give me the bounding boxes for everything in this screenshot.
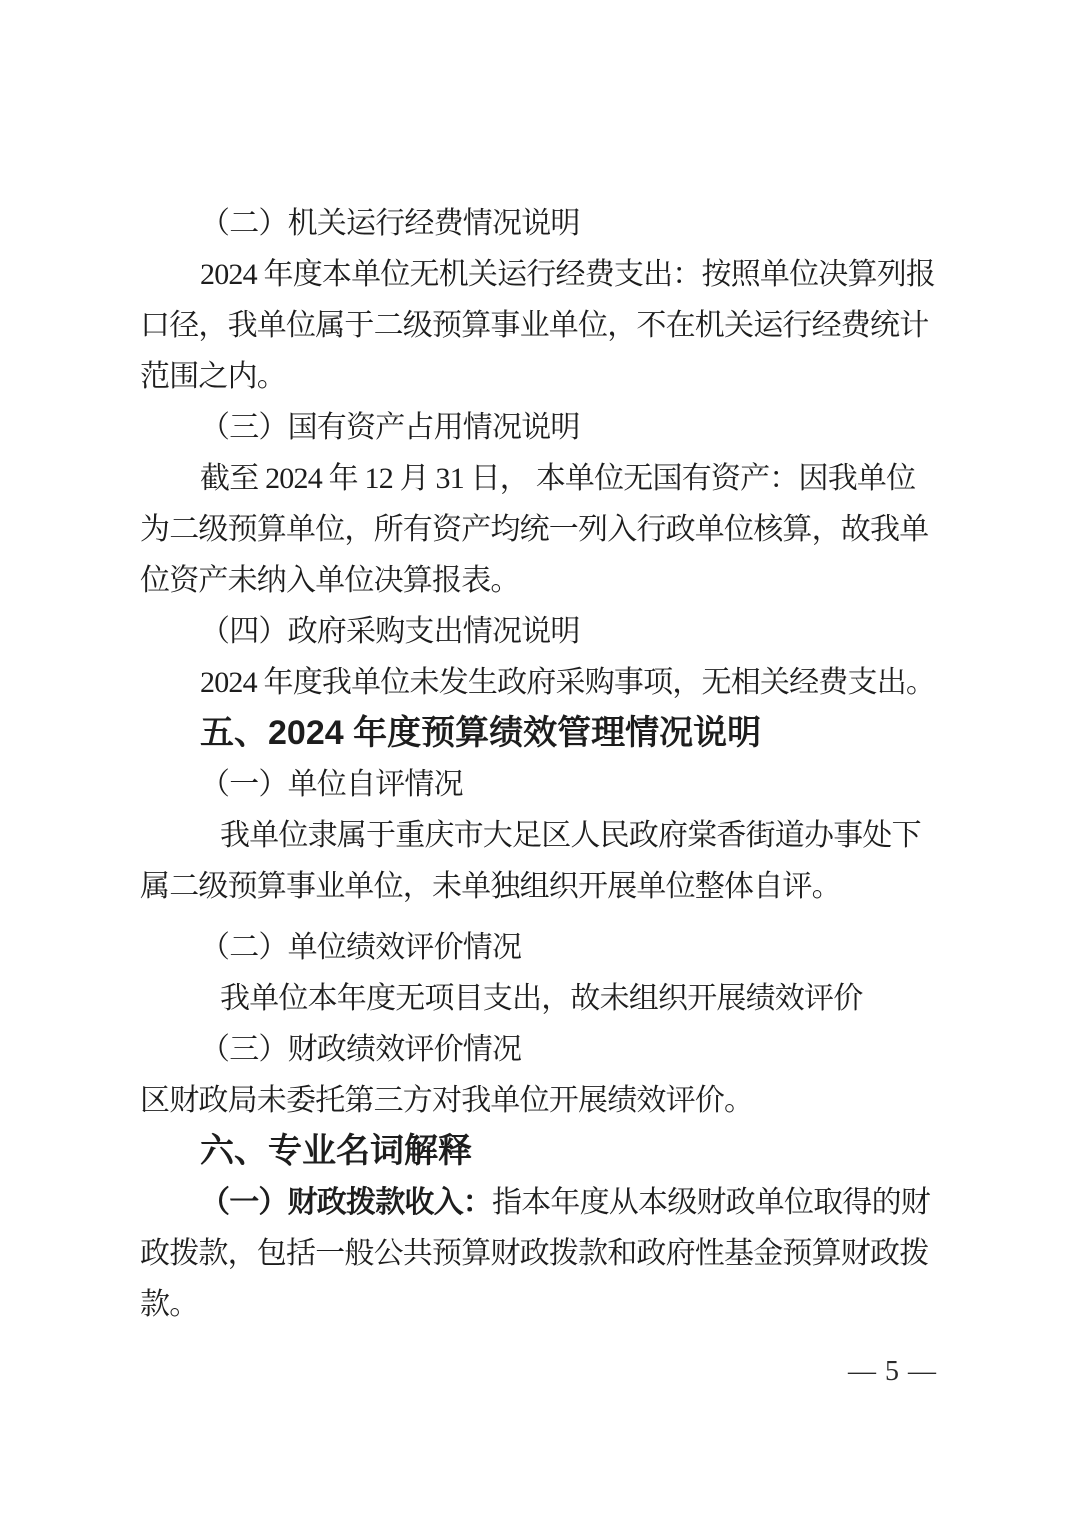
section-heading: 五、2024 年度预算绩效管理情况说明 bbox=[140, 708, 937, 759]
body-line: 截至 2024 年 12 月 31 日， 本单位无国有资产：因我单位 bbox=[140, 453, 937, 504]
body-line: 区财政局未委托第三方对我单位开展绩效评价。 bbox=[140, 1075, 937, 1126]
body-line: 2024 年度我单位未发生政府采购事项，无相关经费支出。 bbox=[140, 657, 937, 708]
page-number: — 5 — bbox=[848, 1356, 937, 1388]
body-line: 政拨款，包括一般公共预算财政拨款和政府性基金预算财政拨 bbox=[140, 1228, 937, 1279]
term-definition-line: （一）财政拨款收入：指本年度从本级财政单位取得的财 bbox=[140, 1177, 937, 1228]
subsection-heading: （四）政府采购支出情况说明 bbox=[140, 606, 937, 657]
body-line: 款。 bbox=[140, 1279, 937, 1330]
document-text-block: （二）机关运行经费情况说明2024 年度本单位无机关运行经费支出：按照单位决算列… bbox=[140, 198, 937, 1330]
subsection-heading: （三）财政绩效评价情况 bbox=[140, 1024, 937, 1075]
body-line: 2024 年度本单位无机关运行经费支出：按照单位决算列报 bbox=[140, 249, 937, 300]
body-line: 范围之内。 bbox=[140, 351, 937, 402]
term-definition: 指本年度从本级财政单位取得的财 bbox=[492, 1186, 930, 1219]
section-heading: 六、专业名词解释 bbox=[140, 1126, 937, 1177]
term-label: （一）财政拨款收入： bbox=[200, 1186, 492, 1219]
subsection-heading: （二）机关运行经费情况说明 bbox=[140, 198, 937, 249]
subsection-heading: （二）单位绩效评价情况 bbox=[140, 922, 937, 973]
subsection-heading: （一）单位自评情况 bbox=[140, 759, 937, 810]
document-page: （二）机关运行经费情况说明2024 年度本单位无机关运行经费支出：按照单位决算列… bbox=[0, 0, 1069, 1515]
body-line: 我单位本年度无项目支出，故未组织开展绩效评价 bbox=[140, 973, 937, 1024]
body-line: 口径，我单位属于二级预算事业单位，不在机关运行经费统计 bbox=[140, 300, 937, 351]
body-line: 位资产未纳入单位决算报表。 bbox=[140, 555, 937, 606]
subsection-heading: （三）国有资产占用情况说明 bbox=[140, 402, 937, 453]
body-line: 为二级预算单位，所有资产均统一列入行政单位核算，故我单 bbox=[140, 504, 937, 555]
body-line: 属二级预算事业单位，未单独组织开展单位整体自评。 bbox=[140, 861, 937, 912]
body-line: 我单位隶属于重庆市大足区人民政府棠香街道办事处下 bbox=[140, 810, 937, 861]
